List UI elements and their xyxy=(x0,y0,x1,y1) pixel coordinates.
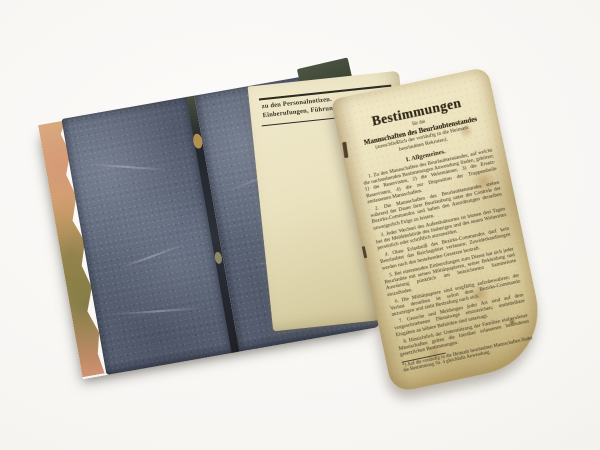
cover-crease xyxy=(118,244,184,270)
cover-crease xyxy=(110,307,205,316)
printed-booklet-page: Bestimmungen für die Mannschaften des Be… xyxy=(331,67,550,394)
cover-crease xyxy=(89,163,169,171)
booklet-body-text: 1. Zu den Mannschaften des Beurlaubtenst… xyxy=(362,147,531,359)
photo-of-antique-booklets: zu den Personalnotizen. Einberufungen, F… xyxy=(0,0,600,450)
booklet-text-column: Bestimmungen für die Mannschaften des Be… xyxy=(331,67,550,394)
